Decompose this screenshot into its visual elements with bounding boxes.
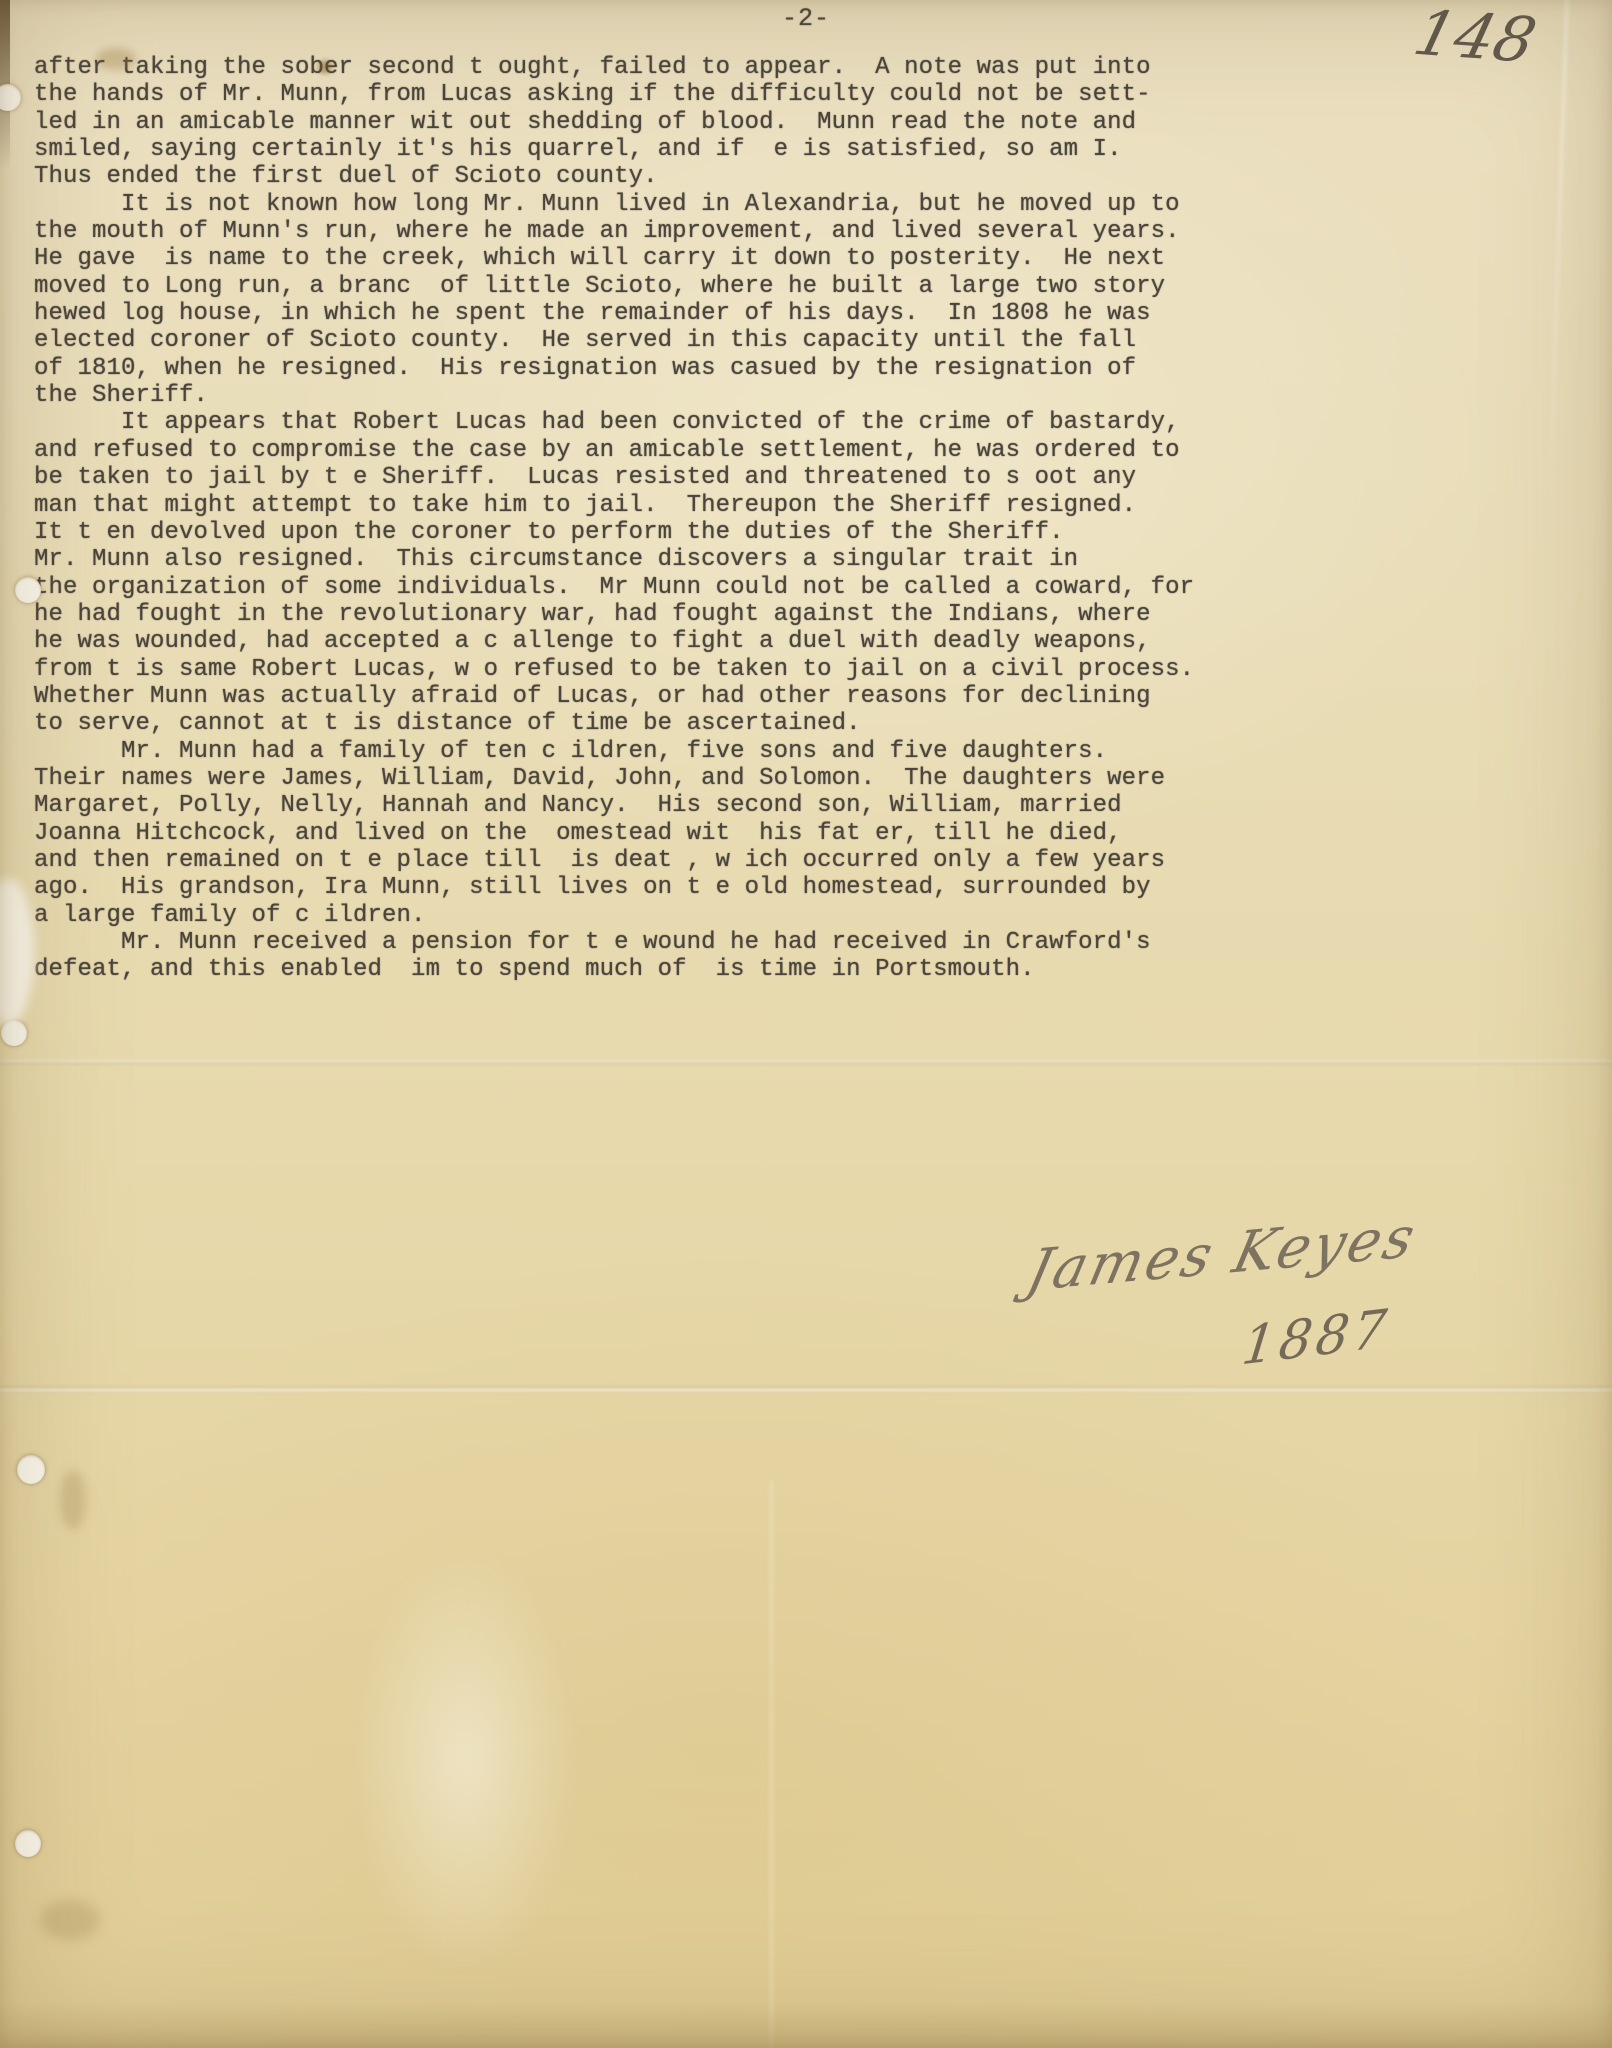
typed-line: to serve, cannot at t is distance of tim… xyxy=(34,710,1294,737)
typed-line: defeat, and this enabled im to spend muc… xyxy=(34,956,1294,983)
typed-line: led in an amicable manner wit out sheddi… xyxy=(34,109,1294,136)
typed-line: moved to Long run, a branc of little Sci… xyxy=(34,273,1294,300)
paper-stain xyxy=(40,1900,100,1940)
typed-line: Their names were James, William, David, … xyxy=(34,765,1294,792)
typed-line: Whether Munn was actually afraid of Luca… xyxy=(34,683,1294,710)
typed-line: Mr. Munn also resigned. This circumstanc… xyxy=(34,546,1294,573)
typed-line: Mr. Munn had a family of ten c ildren, f… xyxy=(34,738,1294,765)
typed-line: he had fought in the revolutionary war, … xyxy=(34,601,1294,628)
typed-line: a large family of c ildren. xyxy=(34,902,1294,929)
punch-hole xyxy=(1,1020,27,1046)
handwritten-signature-year: 1887 xyxy=(1239,1298,1394,1377)
punch-hole xyxy=(0,84,21,111)
fold-crease xyxy=(0,1386,1612,1393)
punch-hole xyxy=(17,1455,45,1484)
typed-line: smiled, saying certainly it's his quarre… xyxy=(34,136,1294,163)
typed-line: the Sheriff. xyxy=(34,382,1294,409)
typed-line: He gave is name to the creek, which will… xyxy=(34,245,1294,272)
typed-line: be taken to jail by t e Sheriff. Lucas r… xyxy=(34,464,1294,491)
fold-crease xyxy=(770,1480,773,2048)
punch-hole xyxy=(15,1830,41,1857)
typed-line: It appears that Robert Lucas had been co… xyxy=(34,409,1294,436)
typed-line: Margaret, Polly, Nelly, Hannah and Nancy… xyxy=(34,792,1294,819)
typed-line: and then remained on t e place till is d… xyxy=(34,847,1294,874)
typed-line: the mouth of Munn's run, where he made a… xyxy=(34,218,1294,245)
typed-line: from t is same Robert Lucas, w o refused… xyxy=(34,656,1294,683)
page-edge-shadow xyxy=(0,2002,1612,2048)
paper-stain xyxy=(0,878,34,1026)
scanned-document-page: -2- 148 after taking the sober second t … xyxy=(0,0,1612,2048)
typed-line: the hands of Mr. Munn, from Lucas asking… xyxy=(34,81,1294,108)
handwritten-signature: James Keyes xyxy=(1021,1204,1424,1304)
typed-text-block: after taking the sober second t ought, f… xyxy=(34,54,1294,984)
typed-line: he was wounded, had accepted a c allenge… xyxy=(34,628,1294,655)
punch-hole xyxy=(15,577,41,603)
typed-line: Joanna Hitchcock, and lived on the omest… xyxy=(34,820,1294,847)
fold-crease xyxy=(0,1060,1612,1065)
paper-stain xyxy=(60,1470,86,1530)
typed-line: hewed log house, in which he spent the r… xyxy=(34,300,1294,327)
typed-line: after taking the sober second t ought, f… xyxy=(34,54,1294,81)
typed-line: It t en devolved upon the coroner to per… xyxy=(34,519,1294,546)
typed-line: Thus ended the first duel of Scioto coun… xyxy=(34,163,1294,190)
paper-stain xyxy=(350,1545,580,1975)
typed-line: the organization of some individuals. Mr… xyxy=(34,574,1294,601)
typed-line: ago. His grandson, Ira Munn, still lives… xyxy=(34,874,1294,901)
typed-line: It is not known how long Mr. Munn lived … xyxy=(34,191,1294,218)
typed-line: elected coroner of Scioto county. He ser… xyxy=(34,327,1294,354)
typed-line: and refused to compromise the case by an… xyxy=(34,437,1294,464)
typed-line: man that might attempt to take him to ja… xyxy=(34,492,1294,519)
page-number: -2- xyxy=(782,4,830,33)
fold-crease xyxy=(1547,0,1569,520)
typed-line: Mr. Munn received a pension for t e woun… xyxy=(34,929,1294,956)
handwritten-page-index: 148 xyxy=(1407,0,1543,77)
typed-line: of 1810, when he resigned. His resignati… xyxy=(34,355,1294,382)
